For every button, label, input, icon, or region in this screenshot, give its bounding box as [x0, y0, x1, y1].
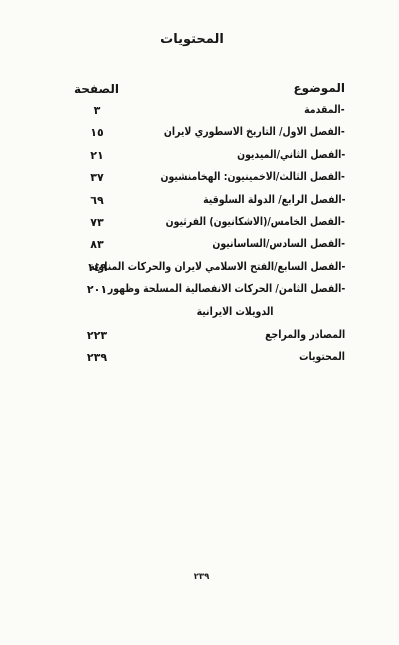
toc-row-chapter-4: -الفصل الرابع/ الدولة السلوقية ٦٩ — [0, 193, 345, 215]
toc-entry-page-number: ٢٠١ — [79, 283, 115, 296]
page-title: المحتويات — [0, 32, 384, 47]
toc-row-chapter-5: -الفصل الخامس/(الاشكانيون) الفرثيون ٧٣ — [0, 215, 345, 237]
toc-entry-page-number: ٧٣ — [79, 216, 115, 229]
scanned-document-page: المحتويات الموضوع الصفحة -المقدمة ٣ -الف… — [0, 0, 399, 645]
toc-entry-page-number: ٢٢٣ — [79, 329, 115, 342]
toc-entry-page-number: ٣٧ — [79, 171, 115, 184]
folio-page-number: ٢٣٩ — [2, 572, 399, 582]
toc-row-chapter-8: -الفصل الثامن/ الحركات الانفصالية المسلح… — [0, 282, 345, 304]
toc-entry-title: -المقدمة — [305, 103, 345, 116]
toc-header-row: الموضوع الصفحة — [0, 81, 345, 103]
toc-entry-title: -الفصل الخامس/(الاشكانيون) الفرثيون — [166, 215, 345, 228]
toc-entry-page-number: ٦٩ — [79, 194, 115, 207]
toc-row-chapter-7: -الفصل السابع/الفتح الاسلامي لايران والح… — [0, 260, 345, 282]
toc-row-chapter-8-continuation: الدويلات الايرانية — [0, 305, 345, 328]
toc-row-chapter-2: -الفصل الثاني/الميديون ٢١ — [0, 148, 345, 170]
toc-entry-title: -الفصل الاول/ التاريخ الاسطوري لايران — [164, 125, 345, 138]
toc-entry-title: -الفصل الرابع/ الدولة السلوقية — [203, 193, 345, 206]
toc-entry-title: -الفصل السادس/الساسانيون — [212, 237, 345, 250]
toc-row-chapter-3: -الفصل الثالث/الاخمينيون: الهخامنشيون ٣٧ — [0, 170, 345, 192]
toc-entry-page-number: ٨٣ — [79, 238, 115, 251]
toc-entry-title: -الفصل الثاني/الميديون — [237, 148, 345, 161]
toc-row-chapter-6: -الفصل السادس/الساسانيون ٨٣ — [0, 237, 345, 259]
toc-entry-page-number: ٢١ — [79, 149, 115, 162]
toc-entry-title: المصادر والمراجع — [265, 328, 345, 341]
toc-entry-title: -الفصل الثالث/الاخمينيون: الهخامنشيون — [161, 170, 345, 183]
toc-entry-continuation-text: الدويلات الايرانية — [196, 305, 273, 318]
toc-entry-page-number: ١٤٩ — [79, 261, 115, 274]
toc-row-chapter-1: -الفصل الاول/ التاريخ الاسطوري لايران ١٥ — [0, 125, 345, 147]
toc-entry-title: -الفصل الثامن/ الحركات الانفصالية المسلح… — [108, 282, 345, 295]
toc-row-sources: المصادر والمراجع ٢٢٣ — [0, 328, 345, 350]
toc-header-page: الصفحة — [79, 82, 119, 96]
toc-entry-title: -الفصل السابع/الفتح الاسلامي لايران والح… — [89, 260, 345, 273]
toc-row-contents: المحتويات ٢٣٩ — [0, 350, 345, 372]
toc-table: الموضوع الصفحة -المقدمة ٣ -الفصل الاول/ … — [0, 81, 345, 372]
toc-entry-title: المحتويات — [299, 350, 345, 363]
toc-entry-page-number: ٣ — [79, 104, 115, 117]
toc-entry-page-number: ١٥ — [79, 126, 115, 139]
toc-row-introduction: -المقدمة ٣ — [0, 103, 345, 125]
toc-header-subject: الموضوع — [293, 81, 345, 95]
toc-entry-page-number: ٢٣٩ — [79, 351, 115, 364]
